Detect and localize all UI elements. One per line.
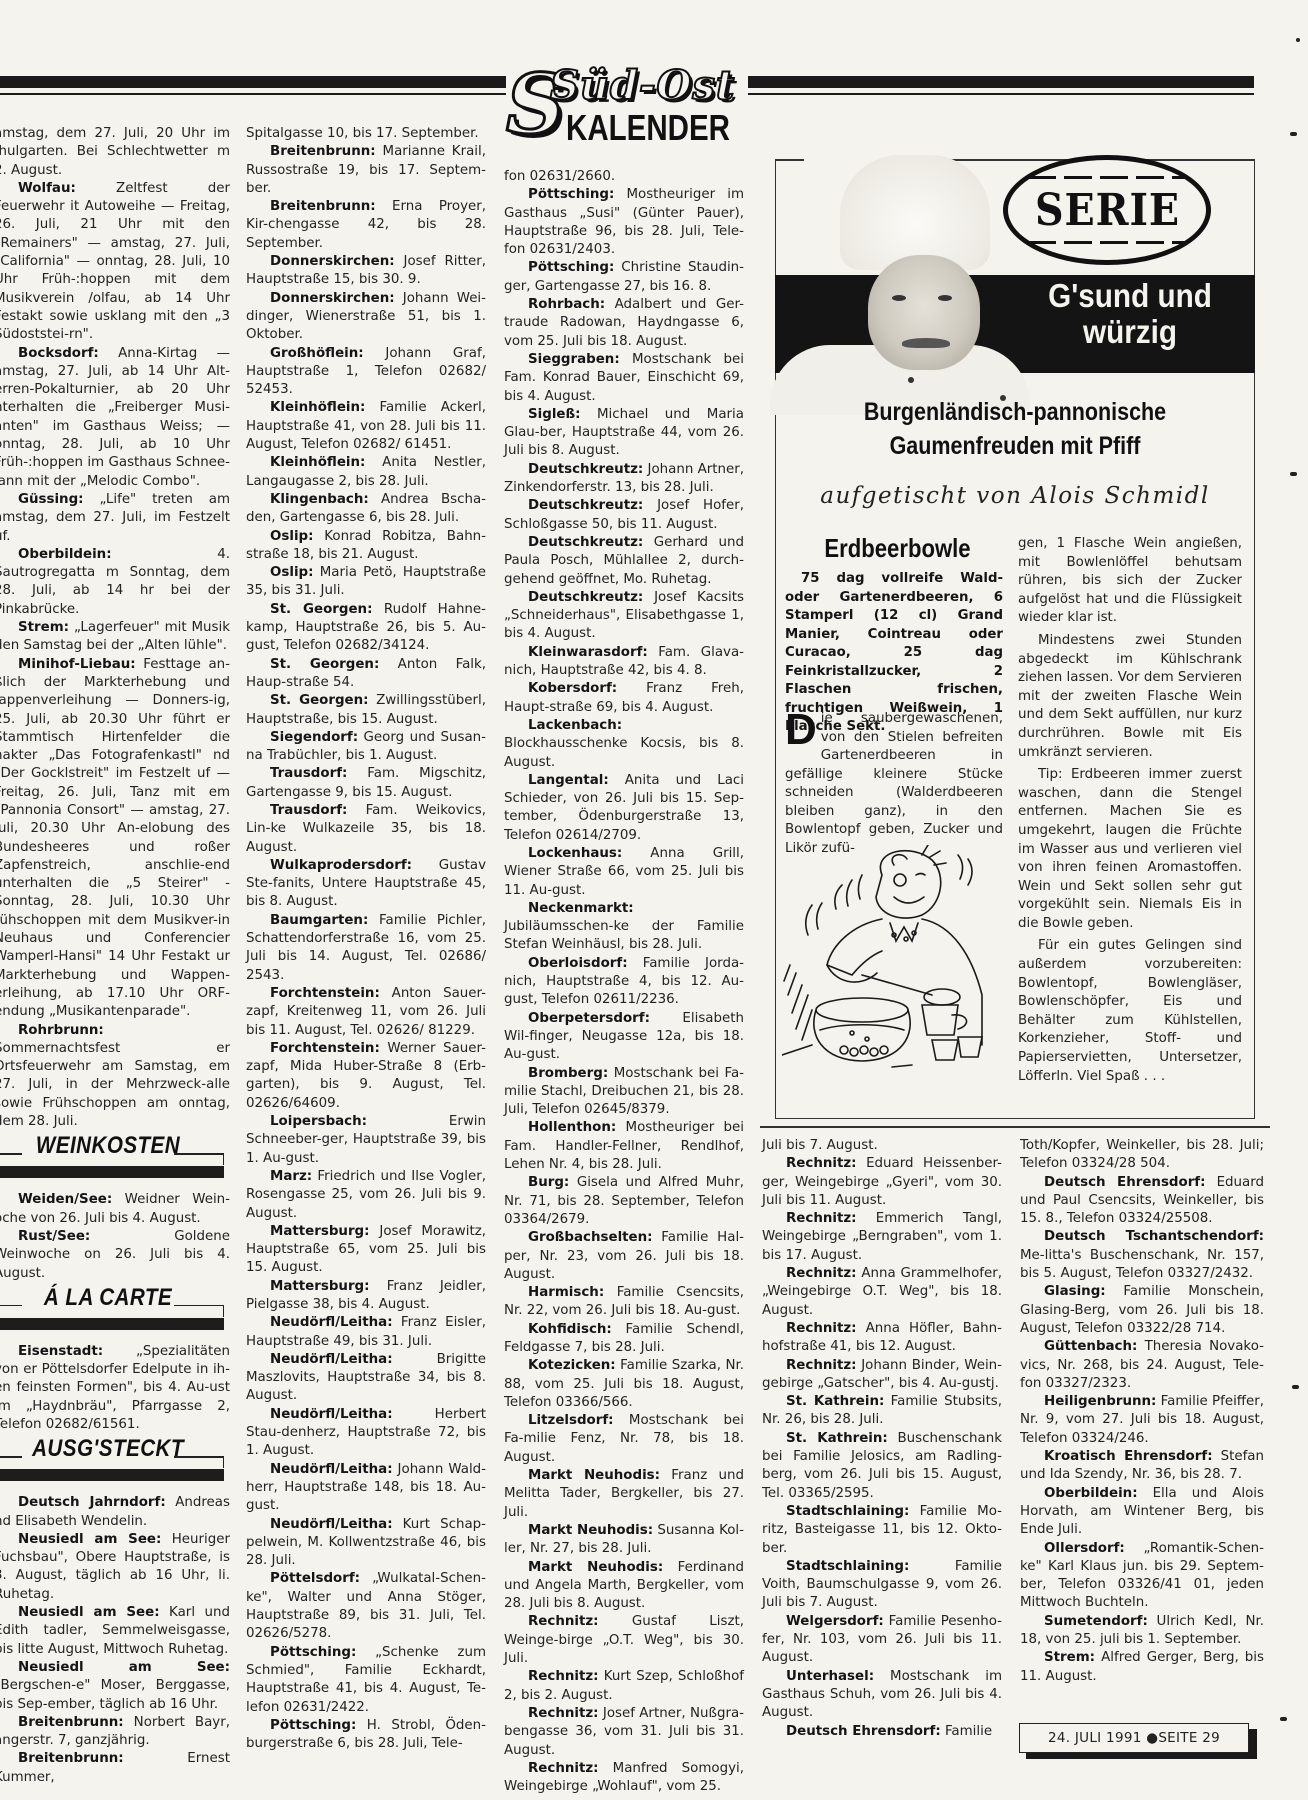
entry-location: Minihof-Liebau: (18, 657, 136, 672)
listing-entry: Rechnitz: Anna Höfler, Bahn-hofstraße 41… (762, 1320, 1002, 1357)
entry-location: Mattersburg: (270, 1279, 369, 1294)
entry-location: Neusiedl am See: (18, 1605, 160, 1620)
entry-location: Kobersdorf: (528, 681, 617, 696)
entry-location: Lockenhaus: (528, 846, 622, 861)
scan-speck (1296, 38, 1300, 42)
series-title-line-1: G'sund und (1022, 278, 1238, 314)
listing-entry: Neudörfl/Leitha: Herbert Stau-denherz, H… (246, 1406, 486, 1461)
top-thin-rule-left (0, 93, 506, 95)
entry-location: Kleinhöflein: (270, 455, 365, 470)
recipe-paragraph: gen, 1 Flasche Wein angießen, mit Bowlen… (1018, 535, 1242, 628)
entry-location: Großhöflein: (270, 346, 364, 361)
entry-location: Glasing: (1044, 1284, 1106, 1299)
serie-badge: SERIE (1003, 155, 1211, 265)
entry-location: Strem: (1044, 1650, 1095, 1665)
listing-entry: Pöttsching: Mostheuriger im Gasthaus „Su… (504, 186, 744, 259)
entry-location: St. Georgen: (270, 693, 369, 708)
section-entries: Weiden/See: Weidner Wein-oche von 26. Ju… (0, 1191, 230, 1282)
entry-details: Jubiläumsschen-ke der Familie Stefan Wei… (504, 919, 744, 952)
listing-entry: Trausdorf: Fam. Migschitz, Gartengasse 9… (246, 765, 486, 802)
listing-entry: Unterhasel: Mostschank im Gasthaus Schuh… (762, 1668, 1002, 1723)
entry-location: Pöttsching: (270, 1645, 356, 1660)
listing-entry: Burg: Gisela und Alfred Muhr, Nr. 71, bi… (504, 1174, 744, 1229)
listing-entry: Ollersdorf: „Romantik-Schen-ke" Karl Kla… (1020, 1540, 1264, 1613)
listing-entry: Deutschkreutz: Josef Hofer, Schloßgasse … (504, 497, 744, 534)
listing-entry: fon 02631/2660. (504, 168, 744, 186)
recipe-body-text: ie saubergewaschenen, von den Stielen be… (785, 711, 1003, 856)
section-header: Á LA CARTE (0, 1289, 228, 1335)
entry-location: Mattersburg: (270, 1224, 369, 1239)
entry-location: Rohrbrunn: (18, 1023, 104, 1038)
entry-location: Rechnitz: (786, 1358, 857, 1373)
headline-line-2: Gaumenfreuden mit Pfiff (822, 429, 1209, 463)
column-2: Spitalgasse 10, bis 17. September.Breite… (246, 125, 486, 1753)
entry-details: Festtage an-ßlich der Markterhebung und … (0, 657, 230, 1020)
entry-location: Pöttsching: (528, 187, 614, 202)
entry-location: Stadtschlaining: (786, 1504, 909, 1519)
entry-location: Güttenbach: (1044, 1339, 1137, 1354)
series-headline: Burgenländisch-pannonische Gaumenfreuden… (822, 395, 1209, 463)
chef-hat (840, 155, 990, 270)
listing-entry: Kleinhöflein: Anita Nestler, Langaugasse… (246, 454, 486, 491)
entry-location: Deutschkreutz: (528, 498, 643, 513)
column-1: amstag, dem 27. Juli, 20 Uhr im :hulgart… (0, 125, 230, 1787)
listing-entry: Lackenbach: Blockhausschenke Kocsis, bis… (504, 717, 744, 772)
listing-entry: Forchtenstein: Werner Sauer-zapf, Mida H… (246, 1040, 486, 1113)
listing-entry: Stadtschlaining: Familie Mo-ritz, Bastei… (762, 1503, 1002, 1558)
column-5: Toth/Kopfer, Weinkeller, bis 28. Juli; T… (1020, 1137, 1264, 1686)
entry-location: Neudörfl/Leitha: (270, 1517, 393, 1532)
entry-location: Sigleß: (528, 407, 580, 422)
entry-location: Rechnitz: (528, 1761, 599, 1776)
series-title: G'sund und würzig (1022, 278, 1238, 350)
top-rule-right (748, 76, 1254, 88)
entry-location: Rohrbach: (528, 297, 605, 312)
listing-entry: Baumgarten: Familie Pichler, Schattendor… (246, 912, 486, 985)
listing-entry: Rohrbrunn: Sommernachtsfest er Ortsfeuer… (0, 1022, 230, 1132)
chef-eye-left (892, 295, 906, 301)
listing-entry: Breitenbrunn: Norbert Bayr, angerstr. 7,… (0, 1714, 230, 1751)
listing-entry: Trausdorf: Fam. Weikovics, Lin-ke Wulkaz… (246, 802, 486, 857)
entry-location: Neusiedl am See: (18, 1660, 230, 1675)
listing-entry: Kobersdorf: Franz Freh, Haupt-straße 69,… (504, 680, 744, 717)
entry-details: „Bergschen-e" Moser, Berggasse, bis Sep-… (0, 1678, 230, 1711)
serie-badge-text: SERIE (1035, 185, 1180, 236)
listing-entry: Marz: Friedrich und Ilse Vogler, Rosenga… (246, 1168, 486, 1223)
top-thin-rule-right (748, 93, 1254, 95)
listing-entry: Neusiedl am See: Heuriger Fuchsbau", Obe… (0, 1531, 230, 1604)
entry-details: Zeltfest der Feuerwehr it Autoweihe — Fr… (0, 181, 230, 342)
entry-location: Langental: (528, 773, 609, 788)
entry-location: Donnerskirchen: (270, 291, 395, 306)
listing-entry: Siegendorf: Georg und Susan-na Trabüchle… (246, 729, 486, 766)
listing-entry: Neudörfl/Leitha: Franz Eisler, Hauptstra… (246, 1314, 486, 1351)
header-rule-hook (223, 1456, 225, 1468)
entry-location: Rechnitz: (528, 1614, 599, 1629)
listing-entry: Neckenmarkt: Jubiläumsschen-ke der Famil… (504, 900, 744, 955)
logo-script: Süd-Ost (550, 62, 735, 109)
listing-entry: Hollenthon: Mostheuriger bei Fam. Handle… (504, 1119, 744, 1174)
listing-entry: Rechnitz: Anna Grammelhofer, „Weingebirg… (762, 1265, 1002, 1320)
scan-speck (1290, 132, 1297, 136)
listing-entry: Deutsch Ehrensdorf: Familie (762, 1723, 1002, 1741)
listing-entry: Neudörfl/Leitha: Kurt Schap-pelwein, M. … (246, 1516, 486, 1571)
entry-location: Baumgarten: (270, 913, 368, 928)
section-entries: Eisenstadt: „Spezialitäten von er Pöttel… (0, 1343, 230, 1434)
listing-entry: Deutschkreutz: Gerhard und Paula Posch, … (504, 534, 744, 589)
entry-location: Strem: (18, 620, 69, 635)
listing-entry: Kotezicken: Familie Szarka, Nr. 88, vom … (504, 1357, 744, 1412)
chef-mustache (902, 338, 950, 348)
listing-entry: Deutsch Ehrensdorf: Eduard und Paul Csen… (1020, 1174, 1264, 1229)
entry-location: Lackenbach: (528, 718, 622, 733)
listing-entry: Breitenbrunn: Erna Proyer, Kir-chengasse… (246, 198, 486, 253)
section-title: AUSG'STECKT (5, 1440, 211, 1458)
entry-location: Welgersdorf: (786, 1614, 884, 1629)
recipe-paragraph: Tip: Erdbeeren immer zuerst waschen, dan… (1018, 766, 1242, 933)
header-bar (0, 1469, 224, 1481)
listing-entry: Stadtschlaining: Familie Voith, Baumschu… (762, 1558, 1002, 1613)
scan-speck (1292, 1385, 1299, 1389)
entry-location: Deutsch Jahrndorf: (18, 1495, 166, 1510)
entry-location: Neusiedl am See: (18, 1532, 161, 1547)
listing-entry: Markt Neuhodis: Ferdinand und Angela Mar… (504, 1559, 744, 1614)
header-rule-hook (223, 1153, 225, 1165)
chef-coat-button (908, 377, 914, 383)
entry-location: Neudörfl/Leitha: (270, 1352, 393, 1367)
listing-entry: Sigleß: Michael und Maria Glau-ber, Haup… (504, 406, 744, 461)
listing-entry: Rechnitz: Johann Binder, Wein-gebirge „G… (762, 1357, 1002, 1394)
listing-entry: Weiden/See: Weidner Wein-oche von 26. Ju… (0, 1191, 230, 1228)
listing-entry: Pöttelsdorf: „Wulkatal-Schen-ke", Walter… (246, 1570, 486, 1643)
entry-location: Deutsch Ehrensdorf: (1044, 1175, 1206, 1190)
listing-entry: Pöttsching: H. Strobl, Öden-burgerstraße… (246, 1717, 486, 1754)
entry-details: Juli bis 7. August. (762, 1138, 878, 1153)
bullet-separator: ● (1146, 1730, 1158, 1746)
listing-entry: Neusiedl am See: „Bergschen-e" Moser, Be… (0, 1659, 230, 1714)
entry-location: Oslip: (270, 565, 313, 580)
entry-location: Deutschkreutz: (528, 590, 643, 605)
listing-entry: Strem: Alfred Gerger, Berg, bis 11. Augu… (1020, 1649, 1264, 1686)
entry-location: Großbachselten: (528, 1230, 653, 1245)
listing-entry: St. Kathrein: Buschenschank bei Familie … (762, 1430, 1002, 1503)
masthead-logo: S Süd-Ost KALENDER (506, 62, 736, 152)
entry-location: Kleinwarasdorf: (528, 645, 648, 660)
listing-entry: Großhöflein: Johann Graf, Hauptstraße 1,… (246, 345, 486, 400)
entry-location: Kohfidisch: (528, 1322, 612, 1337)
listing-entry: Rechnitz: Eduard Heissenber-ger, Weingeb… (762, 1155, 1002, 1210)
entry-location: Ollersdorf: (1044, 1541, 1125, 1556)
listing-entry: Güttenbach: Theresia Novako-vics, Nr. 26… (1020, 1338, 1264, 1393)
listing-entry: St. Georgen: Anton Falk, Haup-straße 54. (246, 656, 486, 693)
entry-location: Deutschkreutz: (528, 462, 643, 477)
listing-entry: Forchtenstein: Anton Sauer-zapf, Kreiten… (246, 985, 486, 1040)
entry-location: Neudörfl/Leitha: (270, 1462, 393, 1477)
entry-location: Kroatisch Ehrensdorf: (1044, 1449, 1213, 1464)
recipe-body-left: Die saubergewaschenen, von den Stielen b… (785, 710, 1003, 858)
entry-location: Rechnitz: (528, 1706, 599, 1721)
listing-entry: Oberbildein: Ella und Alois Horvath, am … (1020, 1485, 1264, 1540)
entry-location: Trausdorf: (270, 766, 347, 781)
section-title: Á LA CARTE (5, 1289, 211, 1307)
listing-entry: Harmisch: Familie Csencsits, Nr. 22, vom… (504, 1284, 744, 1321)
entry-location: Pöttsching: (528, 260, 614, 275)
entry-location: Hollenthon: (528, 1120, 616, 1135)
listing-entry: Bocksdorf: Anna-Kirtag — amstag, 27. Jul… (0, 345, 230, 491)
listing-entry: Deutschkreutz: Josef Kacsits „Schneiderh… (504, 589, 744, 644)
entry-location: Wolfau: (18, 181, 76, 196)
entry-location: Klingenbach: (270, 492, 369, 507)
entry-details: Toth/Kopfer, Weinkeller, bis 28. Juli; T… (1020, 1138, 1264, 1171)
listing-entry: Neudörfl/Leitha: Brigitte Maszlovits, Ha… (246, 1351, 486, 1406)
drop-cap: D (785, 712, 817, 748)
column-3: fon 02631/2660.Pöttsching: Mostheuriger … (504, 168, 744, 1796)
listing-entry: Juli bis 7. August. (762, 1137, 1002, 1155)
chef-face (868, 255, 980, 370)
listing-entry: Toth/Kopfer, Weinkeller, bis 28. Juli; T… (1020, 1137, 1264, 1174)
listing-entry: Langental: Anita und Laci Schieder, von … (504, 772, 744, 845)
scan-speck (1290, 472, 1297, 476)
listing-entry: Klingenbach: Andrea Bscha-den, Gartengas… (246, 491, 486, 528)
listing-entry: Oberpetersdorf: Elisabeth Wil-finger, Ne… (504, 1010, 744, 1065)
listing-entry: St. Georgen: Zwillingsstüberl, Hauptstra… (246, 692, 486, 729)
entry-location: Weiden/See: (18, 1192, 112, 1207)
listing-entry: Oslip: Maria Petö, Hauptstraße 35, bis 3… (246, 564, 486, 601)
entry-location: Oberbildein: (18, 547, 112, 562)
entry-location: Breitenbrunn: (18, 1715, 124, 1730)
entry-location: Oberbildein: (1044, 1486, 1138, 1501)
entry-location: Neudörfl/Leitha: (270, 1407, 393, 1422)
entry-location: Sieggraben: (528, 352, 620, 367)
entry-location: Bocksdorf: (18, 346, 99, 361)
listing-entry: Welgersdorf: Familie Pesenho-fer, Nr. 10… (762, 1613, 1002, 1668)
recipe-title: Erdbeerbowle (806, 533, 989, 564)
entry-location: Rechnitz: (528, 1669, 599, 1684)
listing-entry: St. Georgen: Rudolf Hahne-kamp, Hauptstr… (246, 601, 486, 656)
entry-location: Oslip: (270, 529, 313, 544)
series-title-line-2: würzig (1022, 314, 1238, 350)
listing-entry: Rohrbach: Adalbert und Ger-traude Radowa… (504, 296, 744, 351)
entry-location: Heiligenbrunn: (1044, 1394, 1156, 1409)
listing-entry: Lockenhaus: Anna Grill, Wiener Straße 66… (504, 845, 744, 900)
listing-entry: Kleinwarasdorf: Fam. Glava-nich, Hauptst… (504, 644, 744, 681)
listing-entry: Großbachselten: Familie Hal-per, Nr. 23,… (504, 1229, 744, 1284)
entry-location: St. Kathrein: (786, 1394, 884, 1409)
listing-entry: Mattersburg: Franz Jeidler, Pielgasse 38… (246, 1278, 486, 1315)
entry-location: Kotezicken: (528, 1358, 616, 1373)
entry-details: Blockhausschenke Kocsis, bis 8. August. (504, 736, 744, 769)
listing-entry: Litzelsdorf: Mostschank bei Fa-milie Fen… (504, 1412, 744, 1467)
entry-location: St. Kathrein: (786, 1431, 888, 1446)
issue-date: 24. JULI 1991 (1048, 1730, 1142, 1746)
entry-location: Stadtschlaining: (786, 1559, 909, 1574)
listing-entry: Breitenbrunn: Marianne Krail, Russostraß… (246, 143, 486, 198)
listing-entry: Markt Neuhodis: Susanna Kol-ler, Nr. 27,… (504, 1522, 744, 1559)
listing-entry: Kohfidisch: Familie Schendl, Feldgasse 7… (504, 1321, 744, 1358)
listing-entry: Rechnitz: Josef Artner, Nußgra-bengasse … (504, 1705, 744, 1760)
listing-entry: Rust/See: Goldene Weinwoche on 26. Juli … (0, 1228, 230, 1283)
entry-location: Eisenstadt: (18, 1344, 103, 1359)
listing-entry: Rechnitz: Manfred Somogyi, Weingebirge „… (504, 1760, 744, 1797)
listing-entry: Rechnitz: Emmerich Tangl, Weingebirge „B… (762, 1210, 1002, 1265)
entry-location: Siegendorf: (270, 730, 358, 745)
section-header: AUSG'STECKT (0, 1440, 228, 1486)
recipe-paragraph: Mindestens zwei Stunden abgedeckt im Küh… (1018, 632, 1242, 762)
listing-entry: amstag, dem 27. Juli, 20 Uhr im :hulgart… (0, 125, 230, 180)
entry-location: Forchtenstein: (270, 1041, 380, 1056)
listing-entry: Neusiedl am See: Karl und Edith tadler, … (0, 1604, 230, 1659)
listing-entry: Eisenstadt: „Spezialitäten von er Pöttel… (0, 1343, 230, 1434)
entry-details: amstag, dem 27. Juli, 20 Uhr im :hulgart… (0, 126, 230, 178)
listing-entry: Spitalgasse 10, bis 17. September. (246, 125, 486, 143)
listing-entry: Kroatisch Ehrensdorf: Stefan und Ida Sze… (1020, 1448, 1264, 1485)
entry-location: Rechnitz: (786, 1211, 857, 1226)
logo-word: KALENDER (566, 107, 730, 149)
recipe-body-right: gen, 1 Flasche Wein angießen, mit Bowlen… (1018, 535, 1242, 1090)
entry-details: Me-litta's Buschenschank, Nr. 157, bis 5… (1020, 1248, 1264, 1281)
entry-location: Marz: (270, 1169, 312, 1184)
entry-location: Unterhasel: (786, 1669, 874, 1684)
entry-location: Oberpetersdorf: (528, 1011, 650, 1026)
listing-entry: Deutsch Tschantschendorf: Me-litta's Bus… (1020, 1228, 1264, 1283)
entry-location: Wulkaprodersdorf: (270, 858, 412, 873)
entry-location: Breitenbrunn: (270, 144, 376, 159)
entry-location: Deutschkreutz: (528, 535, 643, 550)
entry-location: Markt Neuhodis: (528, 1468, 660, 1483)
entry-location: Kleinhöflein: (270, 400, 365, 415)
section-title: WEINKOSTEN (5, 1137, 211, 1155)
listing-entry: Deutschkreutz: Johann Artner, Zinkendorf… (504, 461, 744, 498)
entry-location: Pöttelsdorf: (270, 1571, 360, 1586)
listing-entry: Donnerskirchen: Josef Ritter, Hauptstraß… (246, 253, 486, 290)
entry-location: St. Georgen: (270, 602, 372, 617)
entry-location: Güssing: (18, 492, 84, 507)
section-entries: Deutsch Jahrndorf: Andreas nd Elisabeth … (0, 1494, 230, 1787)
entry-location: Loipersbach: (270, 1114, 367, 1129)
entry-location: Sumetendorf: (1044, 1614, 1148, 1629)
listing-entry: Oberbildein: 4. Sautrogregatta m Sonntag… (0, 546, 230, 619)
scan-speck (1280, 1717, 1287, 1721)
headline-line-1: Burgenländisch-pannonische (822, 395, 1209, 429)
listing-entry: Breitenbrunn: Ernest Kummer, (0, 1750, 230, 1787)
newspaper-page: S Süd-Ost KALENDER amstag, dem 27. Juli,… (0, 0, 1308, 1800)
entry-location: Bromberg: (528, 1066, 608, 1081)
entry-location: Markt Neuhodis: (528, 1523, 653, 1538)
listing-entry: Loipersbach: Erwin Schneeber-ger, Haupts… (246, 1113, 486, 1168)
feature-bottom-rule (760, 1126, 1270, 1128)
listing-entry: Strem: „Lagerfeuer" mit Musik den Samsta… (0, 619, 230, 656)
listing-entry: Mattersburg: Josef Morawitz, Hauptstraße… (246, 1223, 486, 1278)
entry-location: Litzelsdorf: (528, 1413, 614, 1428)
recipe-paragraph: Für ein gutes Gelingen sind außerdem vor… (1018, 937, 1242, 1086)
entry-location: Breitenbrunn: (270, 199, 376, 214)
entry-location: Forchtenstein: (270, 986, 380, 1001)
entry-location: Rechnitz: (786, 1266, 857, 1281)
listing-entry: Sieggraben: Mostschank bei Fam. Konrad B… (504, 351, 744, 406)
entry-details: Familie (941, 1724, 992, 1739)
listing-entry: Glasing: Familie Monschein, Glasing-Berg… (1020, 1283, 1264, 1338)
listing-entry: Minihof-Liebau: Festtage an-ßlich der Ma… (0, 656, 230, 1022)
entry-location: Rust/See: (18, 1229, 90, 1244)
listing-entry: Wolfau: Zeltfest der Feuerwehr it Autowe… (0, 180, 230, 345)
entry-location: Neckenmarkt: (528, 901, 634, 916)
header-bar (0, 1318, 224, 1330)
entry-location: Rechnitz: (786, 1321, 857, 1336)
column-1-sections: WEINKOSTENWeiden/See: Weidner Wein-oche … (0, 1137, 230, 1787)
page-number: SEITE 29 (1158, 1730, 1220, 1746)
entry-location: Markt Neuhodis: (528, 1560, 663, 1575)
entry-location: Burg: (528, 1175, 569, 1190)
listing-entry: Deutsch Jahrndorf: Andreas nd Elisabeth … (0, 1494, 230, 1531)
listing-entry: Kleinhöflein: Familie Ackerl, Hauptstraß… (246, 399, 486, 454)
chef-eye-right (938, 295, 952, 301)
entry-location: Harmisch: (528, 1285, 604, 1300)
listing-entry: Pöttsching: Christine Staudin-ger, Garte… (504, 259, 744, 296)
header-bar (0, 1166, 224, 1178)
listing-entry: Markt Neuhodis: Franz und Melitta Tader,… (504, 1467, 744, 1522)
column-1-intro: amstag, dem 27. Juli, 20 Uhr im :hulgart… (0, 125, 230, 1131)
listing-entry: Wulkaprodersdorf: Gustav Ste-fanits, Unt… (246, 857, 486, 912)
listing-entry: Heiligenbrunn: Familie Pfeiffer, Nr. 9, … (1020, 1393, 1264, 1448)
entry-location: Deutsch Ehrensdorf: (786, 1724, 941, 1739)
entry-location: Oberloisdorf: (528, 956, 628, 971)
listing-entry: Rechnitz: Gustaf Liszt, Weinge-birge „O.… (504, 1613, 744, 1668)
entry-location: Trausdorf: (270, 803, 347, 818)
entry-details: Sommernachtsfest er Ortsfeuerwehr am Sam… (0, 1041, 230, 1129)
listing-entry: Oslip: Konrad Robitza, Bahn-straße 18, b… (246, 528, 486, 565)
series-byline: aufgetischt von Alois Schmidl (790, 483, 1240, 509)
entry-location: Breitenbrunn: (18, 1751, 124, 1766)
entry-location: Pöttsching: (270, 1718, 356, 1733)
section-header: WEINKOSTEN (0, 1137, 228, 1183)
entry-details: Spitalgasse 10, bis 17. September. (246, 126, 479, 141)
entry-location: Rechnitz: (786, 1156, 857, 1171)
entry-location: Deutsch Tschantschendorf: (1044, 1229, 1264, 1244)
entry-location: St. Georgen: (270, 657, 379, 672)
listing-entry: St. Kathrein: Familie Stubsits, Nr. 26, … (762, 1393, 1002, 1430)
chef-photo (820, 155, 1020, 405)
listing-entry: Oberloisdorf: Familie Jorda-nich, Haupts… (504, 955, 744, 1010)
listing-entry: Güssing: „Life" treten am amstag, dem 27… (0, 491, 230, 546)
listing-entry: Donnerskirchen: Johann Wei-dinger, Wiene… (246, 290, 486, 345)
chef-cartoon-illustration (782, 845, 1010, 1075)
listing-entry: Neudörfl/Leitha: Johann Wald-herr, Haupt… (246, 1461, 486, 1516)
entry-details: fon 02631/2660. (504, 169, 615, 184)
listing-entry: Pöttsching: „Schenke zum Schmied", Famil… (246, 1644, 486, 1717)
listing-entry: Sumetendorf: Ulrich Kedl, Nr. 18, von 25… (1020, 1613, 1264, 1650)
column-4: Juli bis 7. August.Rechnitz: Eduard Heis… (762, 1137, 1002, 1741)
header-rule-hook (223, 1305, 225, 1317)
entry-location: Donnerskirchen: (270, 254, 395, 269)
listing-entry: Rechnitz: Kurt Szep, Schloßhof 2, bis 2.… (504, 1668, 744, 1705)
entry-details: Anna-Kirtag — amstag, 27. Juli, ab 14 Uh… (0, 346, 230, 489)
page-date-box: 24. JULI 1991 ●SEITE 29 (1019, 1723, 1249, 1753)
listing-entry: Bromberg: Mostschank bei Fa-milie Stachl… (504, 1065, 744, 1120)
top-rule-left (0, 76, 506, 88)
entry-location: Neudörfl/Leitha: (270, 1315, 393, 1330)
